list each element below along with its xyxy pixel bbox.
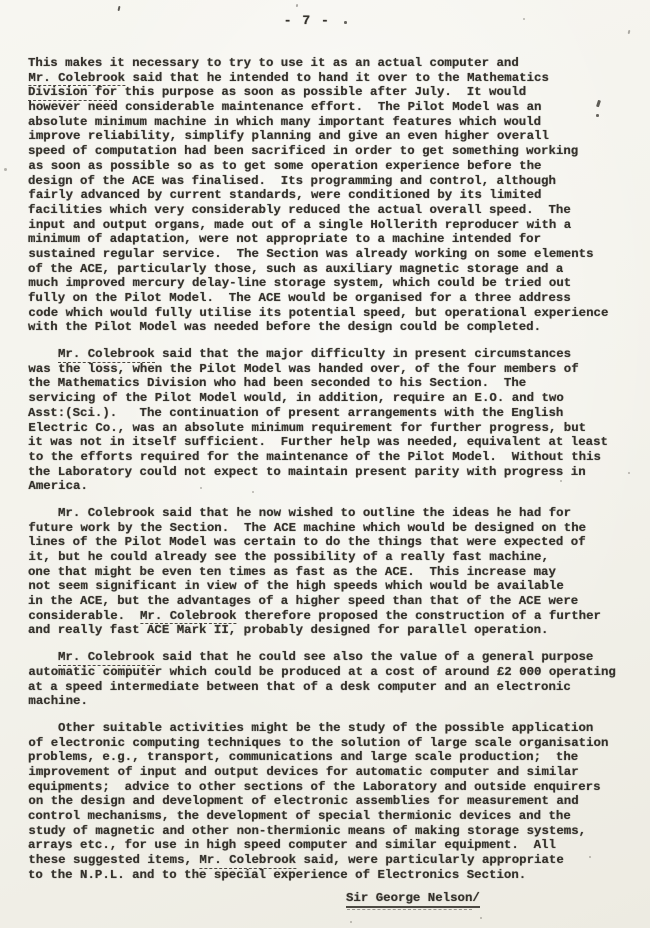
- ink-speck: [560, 480, 562, 482]
- text-line: equipments; advice to other sections of …: [28, 780, 640, 795]
- underlined-text: Mr. Colebrook: [199, 853, 296, 869]
- text-line: absolute minimum machine in which many i…: [28, 115, 640, 130]
- underlined-text: Mr. Colebrook: [140, 609, 237, 625]
- paragraph: This makes it necessary to try to use it…: [28, 56, 640, 335]
- paragraph: Mr. Colebrook said that he could see als…: [28, 650, 640, 709]
- underlined-text: Mr. Colebrook: [28, 71, 125, 87]
- text-line: these suggested items, Mr. Colebrook sai…: [28, 853, 640, 868]
- text-line: to the efforts required for the maintena…: [28, 450, 640, 465]
- ink-speck: [628, 30, 631, 34]
- document-body: This makes it necessary to try to use it…: [28, 56, 640, 894]
- text-line: at a speed intermediate between that of …: [28, 680, 640, 695]
- text-line: of electronic computing techniques to th…: [28, 736, 640, 751]
- signature-row: Sir George Nelson/: [28, 891, 640, 905]
- paragraph: Mr. Colebrook said that he now wished to…: [28, 506, 640, 638]
- underlined-text: Mr. Colebrook: [58, 347, 155, 363]
- text-line: control mechanisms, the development of s…: [28, 809, 640, 824]
- text-line: design of the ACE was finalised. Its pro…: [28, 174, 640, 189]
- ink-speck: [350, 921, 352, 923]
- text-line: machine.: [28, 694, 640, 709]
- text-line: with the Pilot Model was needed before t…: [28, 320, 640, 335]
- page-number: - 7 -: [0, 13, 614, 28]
- text-line: as soon as possible so as to get some op…: [28, 159, 640, 174]
- text-line: arrays etc., for use in high speed compu…: [28, 838, 640, 853]
- text-line: not seem significant in view of the high…: [28, 579, 640, 594]
- text-line: This makes it necessary to try to use it…: [28, 56, 640, 71]
- text-line: one that might be even ten times as fast…: [28, 565, 640, 580]
- ink-speck: [523, 18, 525, 20]
- ink-speck: [4, 168, 7, 171]
- text-line: input and output organs, made out of a s…: [28, 218, 640, 233]
- text-line: the Laboratory could not expect to maint…: [28, 465, 640, 480]
- text-line: improvement of input and output devices …: [28, 765, 640, 780]
- ink-speck: [200, 487, 202, 489]
- text-line: it was not in itself sufficient. Further…: [28, 435, 640, 450]
- text-line: was the loss, when the Pilot Model was h…: [28, 362, 640, 377]
- document-page: - 7 - This makes it necessary to try to …: [0, 0, 650, 928]
- text-line: America.: [28, 479, 640, 494]
- ink-speck: [296, 4, 298, 7]
- text-line: fairly advanced by current standards, we…: [28, 188, 640, 203]
- text-line: facilities which very considerably reduc…: [28, 203, 640, 218]
- ink-speck: [596, 114, 599, 117]
- text-line: minimum of adaptation, were not appropri…: [28, 232, 640, 247]
- text-line: future work by the Section. The ACE mach…: [28, 521, 640, 536]
- text-line: and really fast ACE Mark II, probably de…: [28, 623, 640, 638]
- ink-speck: [628, 472, 630, 474]
- text-line: in the ACE, but the advantages of a high…: [28, 594, 640, 609]
- text-line: it, but he could already see the possibi…: [28, 550, 640, 565]
- text-line: Other suitable activities might be the s…: [28, 721, 640, 736]
- paragraph: Other suitable activities might be the s…: [28, 721, 640, 883]
- text-line: fully on the Pilot Model. The ACE would …: [28, 291, 640, 306]
- text-line: Electric Co., was an absolute minimum re…: [28, 421, 640, 436]
- text-line: of the ACE, particularly those, such as …: [28, 262, 640, 277]
- paragraph: Mr. Colebrook said that the major diffic…: [28, 347, 640, 494]
- text-line: improve reliability, simplify planning a…: [28, 129, 640, 144]
- text-line: code which would fully utilise its poten…: [28, 306, 640, 321]
- text-line: considerable. Mr. Colebrook therefore pr…: [28, 609, 640, 624]
- underlined-text: Mr. Colebrook: [58, 650, 155, 666]
- text-line: lines of the Pilot Model was certain to …: [28, 535, 640, 550]
- ink-speck: [252, 491, 254, 493]
- ink-speck: [589, 856, 591, 858]
- text-line: problems, e.g., transport, communication…: [28, 750, 640, 765]
- text-line: speed of computation had been sacrificed…: [28, 144, 640, 159]
- underlined-text: Division for: [28, 85, 117, 101]
- text-line: study of magnetic and other non-thermion…: [28, 824, 640, 839]
- text-line: sustained regular service. The Section w…: [28, 247, 640, 262]
- text-line: Mr. Colebrook said that he could see als…: [28, 650, 640, 665]
- ink-speck: [118, 6, 121, 11]
- signature-line: Sir George Nelson/: [346, 891, 480, 908]
- text-line: Asst:(Sci.). The continuation of present…: [28, 406, 640, 421]
- ink-speck: [344, 21, 347, 24]
- text-line: Mr. Colebrook said that he intended to h…: [28, 71, 640, 86]
- text-line: however need considerable maintenance ef…: [28, 100, 640, 115]
- text-line: Mr. Colebrook said that he now wished to…: [28, 506, 640, 521]
- text-line: to the N.P.L. and to the special experie…: [28, 868, 640, 883]
- text-line: servicing of the Pilot Model would, in a…: [28, 391, 640, 406]
- text-line: Division for this purpose as soon as pos…: [28, 85, 640, 100]
- text-line: Mr. Colebrook said that the major diffic…: [28, 347, 640, 362]
- text-line: on the design and development of electro…: [28, 794, 640, 809]
- ink-speck: [480, 917, 482, 919]
- text-line: the Mathematics Division who had been se…: [28, 376, 640, 391]
- text-line: automatic computer which could be produc…: [28, 665, 640, 680]
- text-line: much improved mercury delay-line storage…: [28, 276, 640, 291]
